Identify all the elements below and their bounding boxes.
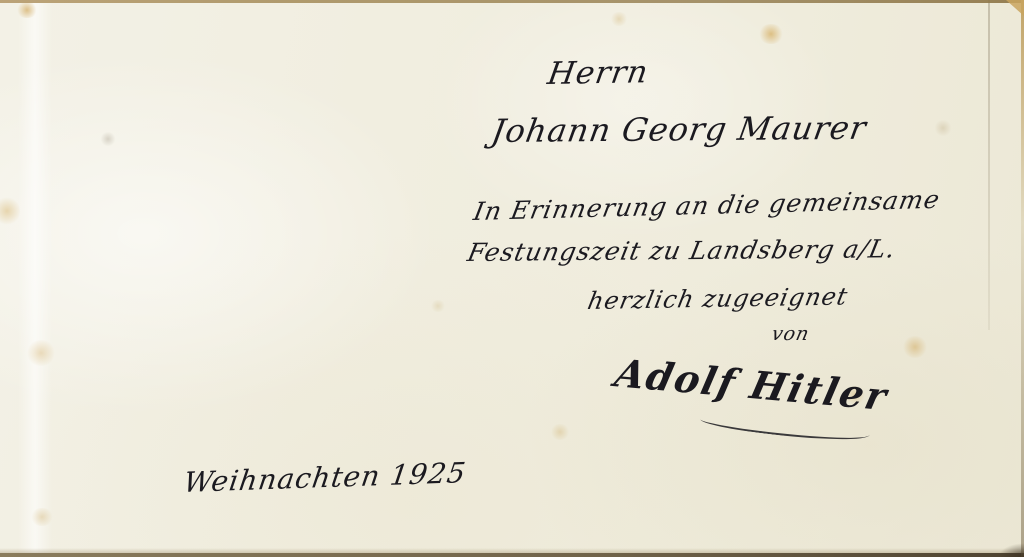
dedication-line-3: herzlich zugeeignet <box>585 282 850 315</box>
underlying-page-edge <box>988 0 990 330</box>
dedication-line-von: von <box>770 323 812 345</box>
fox-spot <box>934 120 952 136</box>
date-line: Weihnachten 1925 <box>182 456 469 499</box>
fox-spot <box>100 132 116 146</box>
fox-spot <box>902 336 928 358</box>
fox-spot <box>0 196 20 226</box>
page-corner-top-right <box>1006 0 1024 16</box>
signature: Adolf Hitler <box>611 350 893 419</box>
fox-spot <box>610 12 628 26</box>
paper-sheen <box>18 0 52 557</box>
fox-spot <box>550 424 570 440</box>
fox-spot <box>430 300 446 312</box>
fox-spot <box>758 24 784 44</box>
page-corner-bottom-right <box>998 543 1024 557</box>
scanned-document-page: Herrn Johann Georg Maurer In Erinnerung … <box>0 0 1024 557</box>
dedication-line-1: In Erinnerung an die gemeinsame <box>471 185 942 226</box>
recipient-name-line: Johann Georg Maurer <box>489 109 870 150</box>
page-bottom-edge <box>0 553 1024 557</box>
salutation-line: Herrn <box>545 54 651 92</box>
page-top-edge <box>0 0 1024 3</box>
dedication-line-2: Festungszeit zu Landsberg a/L. <box>465 234 899 267</box>
